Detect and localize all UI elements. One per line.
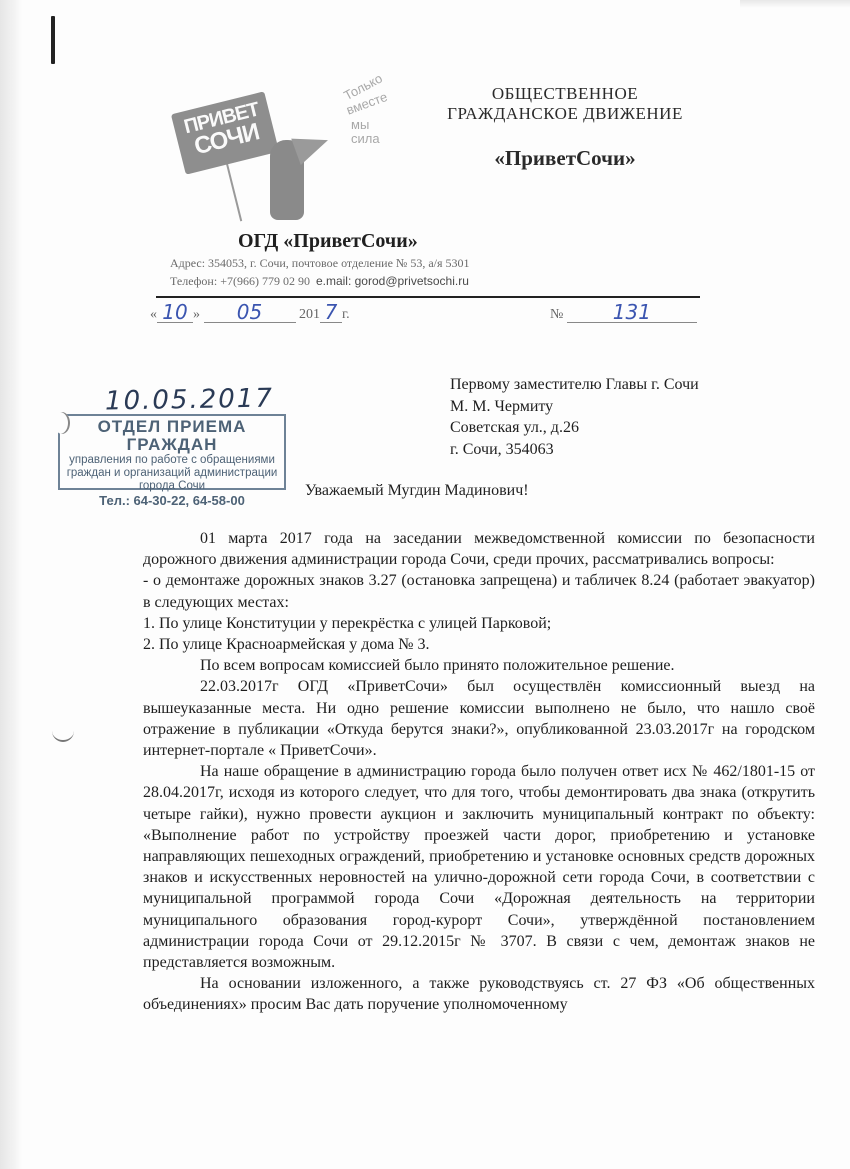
- date-month-value: 05: [237, 300, 262, 324]
- punch-hole-mark: [54, 412, 70, 434]
- letter-body: 01 марта 2017 года на заседании межведом…: [143, 528, 815, 1016]
- outgoing-date: «10» 05 2017г.: [150, 300, 350, 323]
- org-type-line2: ГРАЖДАНСКОЕ ДВИЖЕНИЕ: [420, 104, 710, 124]
- org-name: «ПриветСочи»: [420, 146, 710, 171]
- org-header: ОБЩЕСТВЕННОЕ ГРАЖДАНСКОЕ ДВИЖЕНИЕ «Приве…: [420, 84, 710, 171]
- date-day-field: 10: [157, 300, 193, 323]
- stamp-line1: управления по работе с обращениями: [60, 454, 284, 467]
- logo-slogan: Только вместе мы сила: [343, 90, 389, 146]
- stamp-phone: Тел.: 64-30-22, 64-58-00: [60, 493, 284, 508]
- letterhead-divider: [156, 296, 700, 298]
- slogan-word: сила: [351, 132, 389, 146]
- number-field: 131: [567, 300, 697, 323]
- body-paragraph: 22.03.2017г ОГД «ПриветСочи» был осущест…: [143, 676, 815, 761]
- privetsochi-logo: ПРИВЕТ СОЧИ Только вместе мы сила: [165, 62, 405, 222]
- binder-mark: [51, 16, 55, 64]
- stamp-received-date: 10.05.2017: [105, 384, 274, 417]
- outgoing-number: № 131: [550, 300, 697, 323]
- letterhead-title: ОГД «ПриветСочи»: [238, 230, 418, 253]
- date-day-value: 10: [162, 300, 187, 324]
- recipient-street: Советская ул., д.26: [450, 417, 699, 439]
- letterhead-address: Адрес: 354053, г. Сочи, почтовое отделен…: [170, 256, 470, 271]
- logo-sign-pole: [226, 163, 242, 222]
- recipient-block: Первому заместителю Главы г. Сочи М. М. …: [450, 374, 699, 460]
- recipient-city: г. Сочи, 354063: [450, 439, 699, 461]
- letterhead-phone: Телефон: +7(966) 779 02 90: [170, 274, 310, 288]
- slogan-word: мы: [351, 118, 389, 132]
- letterhead-email: e.mail: gorod@privetsochi.ru: [316, 274, 469, 288]
- body-paragraph: На основании изложенного, а также руково…: [143, 973, 815, 1015]
- reception-stamp: ОТДЕЛ ПРИЕМА ГРАЖДАН управления по работ…: [58, 414, 286, 490]
- stamp-line3: города Сочи: [60, 480, 284, 493]
- body-paragraph: - о демонтаже дорожных знаков 3.27 (оста…: [143, 570, 815, 612]
- body-paragraph: По всем вопросам комиссией было принято …: [143, 655, 815, 676]
- logo-sign-board: ПРИВЕТ СОЧИ: [171, 91, 279, 174]
- recipient-title: Первому заместителю Главы г. Сочи: [450, 374, 699, 396]
- date-year-digit: 7: [325, 300, 338, 324]
- date-year-field: 7: [320, 300, 342, 323]
- number-label: №: [550, 307, 563, 322]
- stamp-title: ОТДЕЛ ПРИЕМА ГРАЖДАН: [60, 418, 284, 454]
- quote-open: «: [150, 307, 157, 322]
- punch-hole-mark: [52, 726, 74, 742]
- body-list-item: 2. По улице Красноармейская у дома № 3.: [143, 634, 815, 655]
- date-month-field: 05: [204, 300, 296, 323]
- quote-close: »: [193, 307, 200, 322]
- scan-top-shadow: [740, 0, 850, 8]
- body-list-item: 1. По улице Конституции у перекрёстка с …: [143, 613, 815, 634]
- recipient-name: М. М. Чермиту: [450, 396, 699, 418]
- letterhead-contacts: Телефон: +7(966) 779 02 90 e.mail: gorod…: [170, 274, 469, 289]
- body-paragraph: 01 марта 2017 года на заседании межведом…: [143, 528, 815, 570]
- greeting: Уважаемый Мугдин Мадинович!: [305, 482, 529, 500]
- date-year-suffix: г.: [342, 307, 350, 322]
- stamp-line2: граждан и организаций администрации: [60, 467, 284, 480]
- date-year-prefix: 201: [299, 307, 320, 322]
- org-type-line1: ОБЩЕСТВЕННОЕ: [420, 84, 710, 104]
- scan-edge-shadow: [0, 0, 22, 1169]
- number-value: 131: [613, 300, 651, 324]
- body-paragraph: На наше обращение в администрацию города…: [143, 761, 815, 973]
